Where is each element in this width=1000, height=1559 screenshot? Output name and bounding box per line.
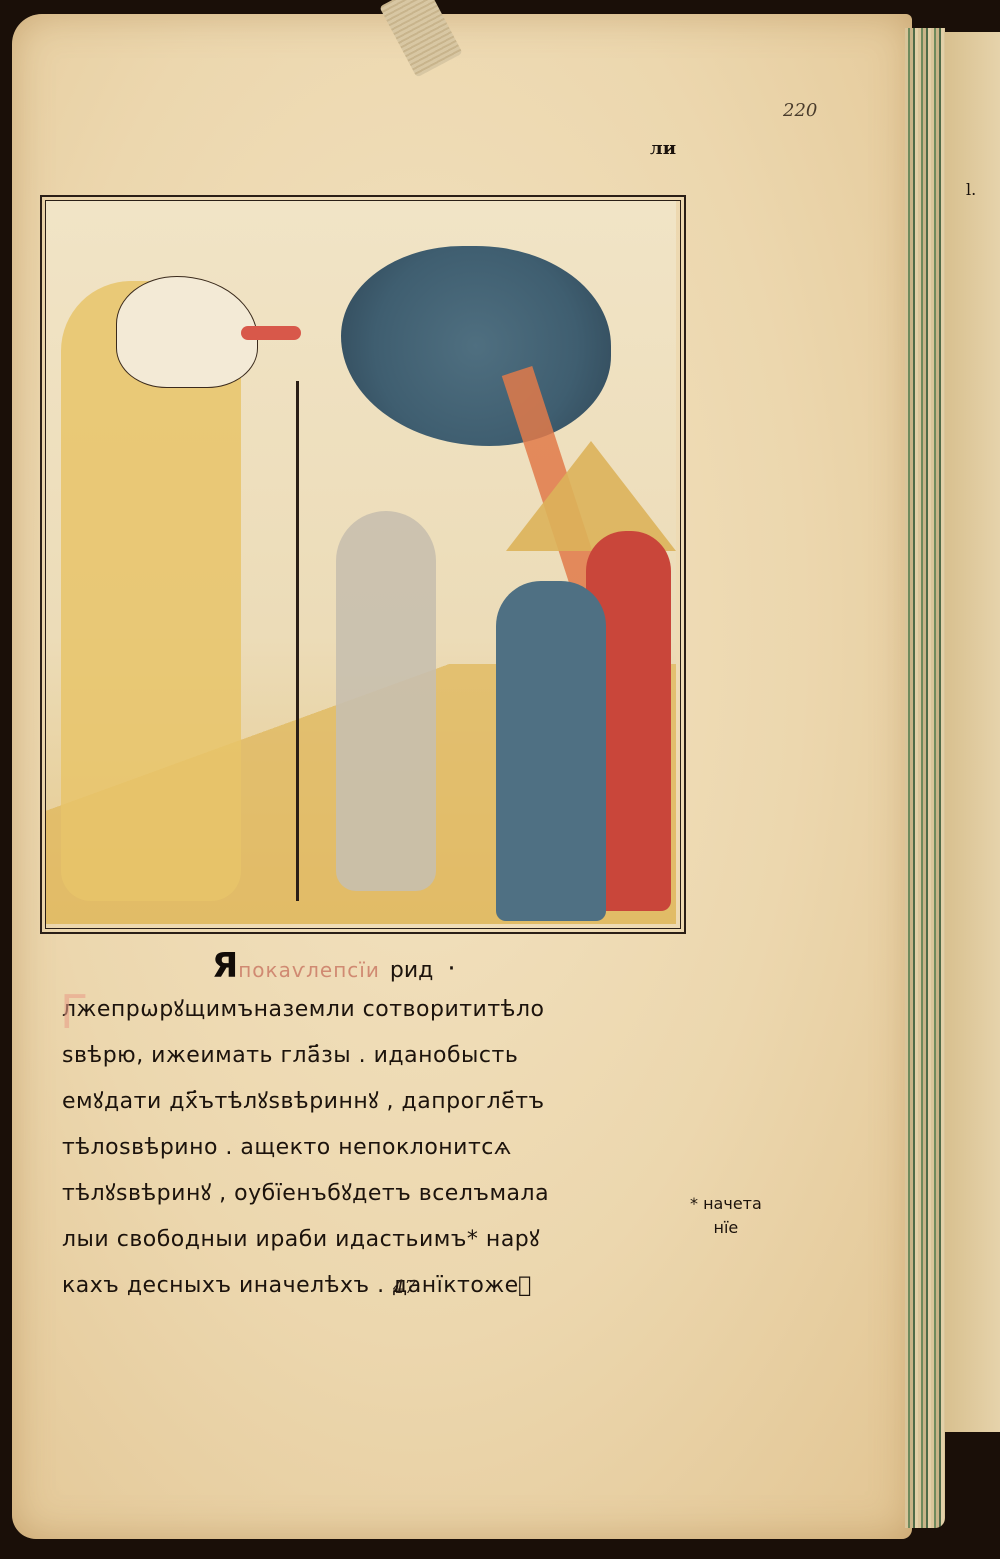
quire-signature: 47 [393,1277,416,1298]
beast-tongue [241,326,301,340]
figure-blue-robe [496,581,606,921]
heading-initial: Я [212,946,238,986]
faded-red-initial: Г [60,985,88,1039]
text-block: Г Япокаѵлепсїирид· лжепрѡрꙋщимъназемли с… [62,945,702,1309]
beast-head [116,276,258,388]
text-line-1: лжепрѡрꙋщимъназемли сотворититѣло [62,987,702,1033]
winged-demon [336,511,436,891]
page-edges [905,28,945,1528]
gloss-line-2: нїе [690,1216,762,1240]
margin-mark: l. [966,180,976,199]
blue-cloud [341,246,611,446]
folio-number: 220 [783,100,817,121]
text-line-5: тѣлꙋѕвѣринꙋ , оубїенъбꙋдетъ вселъмала [62,1171,702,1217]
page-marker: ли [650,138,676,159]
gloss-marker: * [690,1194,698,1213]
heading-rubric: покаѵлепсїи [238,958,380,982]
facing-page-edge [945,32,1000,1432]
chapter-number: рид [390,958,433,983]
margin-gloss: * начета нїе [690,1192,762,1240]
miniature-illustration [46,201,676,924]
chapter-heading: Япокаѵлепсїирид· [212,945,702,987]
text-line-6: лыи свободныи ираби идастьимъ* нарꙋ [62,1217,702,1263]
gloss-line-1: начета [703,1194,762,1213]
text-line-2: ѕвѣрю, ижеимать гла҃зы . иданобысть [62,1033,702,1079]
staff [296,381,299,901]
text-line-4: тѣлоѕвѣрино . ащекто непоклонитсѧ [62,1125,702,1171]
text-line-7: кахъ десныхъ иначелѣхъ . данїктожеⷣ [62,1263,702,1309]
text-line-3: емꙋдати дх҃ътѣлꙋѕвѣриннꙋ , дапрогле҃тъ [62,1079,702,1125]
heading-dot: · [447,954,455,984]
